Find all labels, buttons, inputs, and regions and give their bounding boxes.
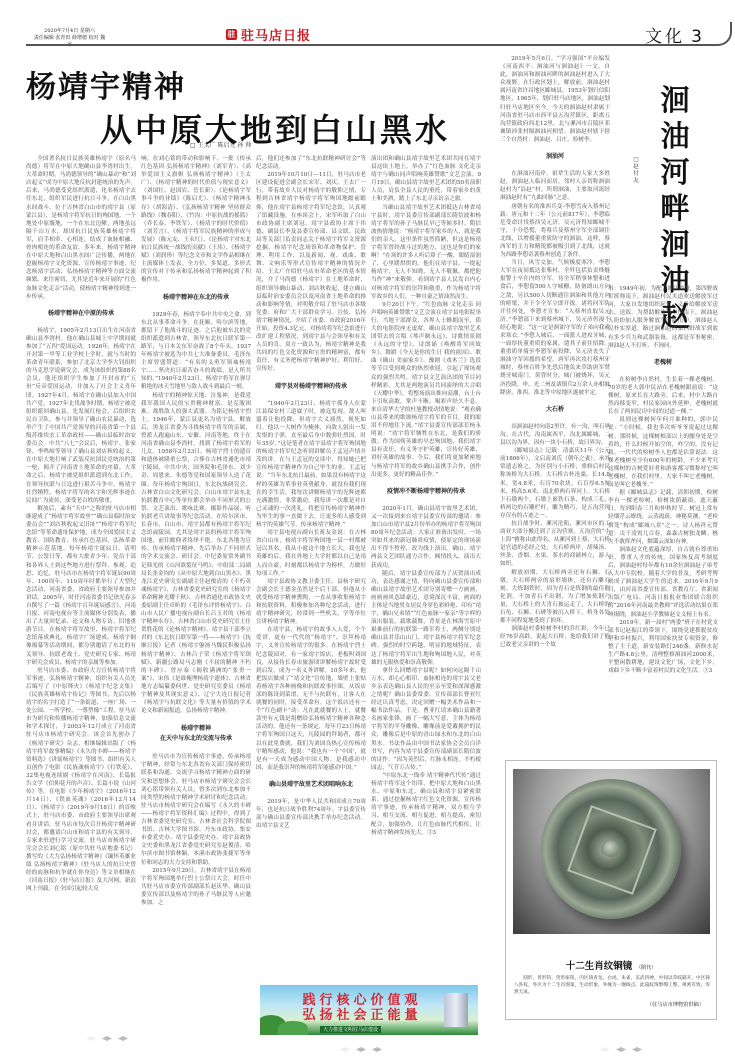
bronze-mirror-photo xyxy=(513,769,710,934)
subheading: 疫情冲不断杨靖宇精神的传承 xyxy=(371,488,481,496)
paragraph: 在洄油河南岸，祖辈生活的人家大多姓赵，洄油赵人临河而居，邻村人亲切称洄油赵村为“… xyxy=(500,170,610,202)
subheading: 杨靖宇精神 在天中与东北的交流与传承 xyxy=(141,724,251,744)
issue-date: 2020年7月4日 星期六 xyxy=(32,28,107,35)
article-column-4: 演出团和确山县靖宇故里艺术团共同在靖宇县这块土地上，举办了“红色血脉 文化走亲 … xyxy=(371,155,481,837)
subheading-line-1: 杨靖宇精神 xyxy=(181,725,211,732)
diamond-ornament-icon xyxy=(340,1047,350,1052)
subheading: 大石桥 xyxy=(500,406,610,414)
public-service-banner: 践行核心价值观 弘扬社会正能量 大力推进文明驻马店建设 xyxy=(260,985,478,1035)
paragraph: 解放初期，大石桥两旁还有石狮、石墩，大石桥两旁的扇形墙体，还有石雕石刻。大炼钢铁… xyxy=(500,569,610,626)
paragraph: 2020年1月，确山县靖宇故里艺术团，又一次接到来自靖宇县委宣传部的邀请：参加白… xyxy=(371,505,481,570)
article-column-3: 后，他们还参加了“东北抗联精神研讨会”等纪念活动。 2019年10月10日—11… xyxy=(256,155,366,830)
diamond-ornament-icon xyxy=(632,1047,642,1052)
paragraph: 事：1949年初，为配合渡江战役，第四野战军挥师南下，洄油赵村民夹道欢送解放军过… xyxy=(608,285,718,350)
paragraph: 演出团和确山县靖宇故里艺术团共同在靖宇县这块土地上，举办了“红色血脉 文化走亲 … xyxy=(371,155,481,204)
paragraph: 2019年5月6日，“学习强国”平台编发《河南西平：洄油河与洄油赵》一文。自此，… xyxy=(500,55,610,144)
banner-slogan-line-2: 弘扬社会正能量 xyxy=(292,1004,432,1023)
diamond-ornament-icon xyxy=(86,1036,96,1041)
paragraph: 随后，靖宇县委宣传部为了庆贺演出成功，表达感谢之情，特向确山县委宣传部和确山县靖… xyxy=(371,570,481,667)
subheading-line-2: 在天中与东北的交流与传承 xyxy=(160,735,232,742)
subheading: 杨靖宇精神在东北的传承 xyxy=(141,294,251,302)
photo-caption: 圆形，兽形钮，兽形座钮，内区铸青龙、白虎、朱雀、玄武四神，中间以草纹隔开，中区铸… xyxy=(514,975,710,996)
paragraph: 全国著名抗日民族英雄杨靖宇（原名马尚德）将军在中原大地确山县李湾村出生。大革命时… xyxy=(26,155,136,301)
banner-subtitle: 大力推进文明驻马店建设 xyxy=(320,1026,381,1033)
paragraph: 2019年10月10日—11日，驻马店市老区建设促进会副会长宋军、刘庆、王太广一… xyxy=(256,171,366,373)
photo-dynasty: （隋代） xyxy=(636,965,656,971)
paragraph: 在检树李自然村，生长着一棵老槐树。70岁的老人郭中民站在老槐树跟前说：“这棵树，… xyxy=(608,376,718,416)
diamond-ornament-icon xyxy=(118,1036,128,1041)
paragraph: 驻马店市委、市政府大力宣传杨靖宇将军事迹，弘扬杨靖宇精神，组织有关人员先后编写了… xyxy=(26,667,136,894)
headline-line-2: 从中原大地到白山黑水 xyxy=(100,105,450,151)
diamond-ornament-icon xyxy=(356,1047,366,1052)
mirror-knob xyxy=(603,841,619,857)
masthead: 2020年7月4日 星期六 责任编辑 张青田 薛增德 校对 魏 冰 驻 驻马店日… xyxy=(0,0,735,52)
article-column-1: 全国著名抗日民族英雄杨靖宇（原名马尚德）将军在中原大地确山县李湾村出生。大革命时… xyxy=(26,155,136,893)
paragraph: 出洄油赵村向南2里许，有一沟，叫石界沟。在古代，沟南属西平，沟北属郾城，二县以沟… xyxy=(500,423,610,447)
photo-feature: 十二生肖纹铜镜（隋代） 圆形，兽形钮，兽形座钮，内区铸青龙、白虎、朱雀、玄武四神… xyxy=(505,760,717,1020)
subheading: 靖宇县对杨靖宇精神的传承 xyxy=(256,383,366,391)
paragraph: 当日，风雪交加，气候极度寒冷。李愬大军在夜间抵达张柴村，全歼包括负责烽燧报警士卒… xyxy=(500,259,610,397)
bronze-mirror-image xyxy=(541,779,681,919)
decorative-diamonds xyxy=(600,1047,642,1052)
diamond-ornament-icon xyxy=(102,1036,112,1041)
side-article-byline: □赵付友 xyxy=(631,157,641,185)
headline-line-1: 杨靖宇精神 xyxy=(26,62,186,106)
newspaper-logo: 驻 驻马店日报 xyxy=(226,26,311,42)
photo-title: 十二生肖纹铜镜（隋代） xyxy=(506,958,716,972)
side-column-2: 事：1949年初，为配合渡江战役，第四野战军挥师南下，洄油赵村民夹道欢送解放军过… xyxy=(608,285,718,755)
paragraph: 2015年9月29日，吉林省靖宇县在杨靖宇将军殉国地举行烈士公祭日大会，时任中共… xyxy=(141,867,251,907)
photo-title-text: 十二生肖纹铜镜 xyxy=(566,961,633,972)
paragraph: “1940年2月23日，杨靖宇孤身人在蒙江县保安村三道崴子时，被寇发现。敌人叫嚣… xyxy=(256,400,366,530)
paragraph: 唐朝有名的淮西兵变-李愬雪夜入蔡州记载：唐元和十二年（公元前817年），李愬临危… xyxy=(500,203,610,260)
decorative-diamonds xyxy=(86,1036,128,1041)
paragraph: 2019年，新一届村“两委”班子在村党支部书记赵振江的带领下，围绕党建抓脱贫攻坚… xyxy=(608,619,718,676)
paragraph: 在靖宇县，杨靖宇的故事人人爱，个个爱讲，更有一代代的“杨靖宇”，崇拜杨靖宇，义务… xyxy=(256,626,366,772)
subheading: 杨靖宇精神在中原的传承 xyxy=(26,310,136,318)
diamond-ornament-icon xyxy=(372,1047,382,1052)
paragraph: “中原东北一线牵 靖宇精神代代传”通过杨靖宇将军这个纽带，把中原大地和白山黑水、… xyxy=(371,772,481,837)
paragraph: 据《郾城县志》记载，清朝初期，检树李有一棵老检树，检树浓荫蔽街，遮天蔽日。每到阳… xyxy=(608,489,718,546)
logo-mark-icon: 驻 xyxy=(226,29,237,40)
paragraph: 靖宇县电视台副台长蒋友金说：在吉林省白山市，杨靖宇将军殉国地一县一村都被冠以其名… xyxy=(256,529,366,578)
diamond-ornament-icon xyxy=(616,1047,626,1052)
subheading: 洄油河 xyxy=(500,153,610,161)
paragraph: 杨靖宇的精神惊天地、泣鬼神，是我党我军我国人民的宝贵精神财富，是克服困难、战胜敌… xyxy=(141,392,251,716)
header-rule xyxy=(26,44,546,46)
tree-graphic xyxy=(278,1021,308,1035)
paragraph: 解放后，素有“天中”之称的驻马店市相继建成了“杨靖宇将军故里”“确山县临时治安委… xyxy=(26,505,136,667)
paragraph: 后，他们还参加了“东北抗联精神研讨会”等纪念活动。 xyxy=(256,155,366,171)
paragraph: 洄油赵文化底蕴深厚，自古就有尊重知识、尊重人才的传统。国家恢复高考制度后，洄油赵… xyxy=(608,546,718,619)
editors-credit: 责任编辑 张青田 薛增德 校对 魏 冰 xyxy=(32,35,107,49)
paragraph: 洄油赵村委检树李村的乔红彩，今年已经76岁高龄，说起大石桥，他给我们讲了他已故老… xyxy=(500,625,610,649)
paragraph: 1929年春，杨靖宇奉中共中央之命，到东北从事革命斗争。在抚顺、哈尔滨等地，都留… xyxy=(141,311,251,392)
paragraph: 拿什么回赠靖宇县呢？如何向远隔千山万水，却心心相印、血脉相连的靖宇县父老乡亲表达… xyxy=(371,667,481,772)
paragraph: 说到这棵树何年何月谁种的，郭中民说：“小时候，我也多次听爷爷说起过这棵树。那时候… xyxy=(608,416,718,489)
paragraph: 响。在刘心铭的带动和影响下，一批《传承红色基因 弘扬杨靖宇精神》（刘军青）、《高… xyxy=(141,155,251,285)
article-column-2: 响。在刘心铭的带动和影响下，一批《传承红色基因 弘扬杨靖宇精神》（刘军青）、《高… xyxy=(141,155,251,907)
side-column-1: 2019年5月6日，“学习强国”平台编发《河南西平：洄油河与洄油赵》一文。自此，… xyxy=(500,55,610,755)
paragraph: 2019年，是中华人民共和国成立70周年，也是抗日战争胜利74周年。宇县委宣传部… xyxy=(256,798,366,830)
building-graphic xyxy=(444,993,468,1027)
subheading: 确山县靖宇故里艺术团唱响东北 xyxy=(256,781,366,789)
diamond-ornament-icon xyxy=(600,1047,610,1052)
paragraph: 抗日战争时，漯河沦陷，漯河市区的工商业大部分搬迁到了五沟营寨，五沟营的“小上海”… xyxy=(500,520,610,569)
photo-credit: （驻马店市博物馆供稿） xyxy=(647,1001,704,1008)
paragraph: 《郾城县志》记载：清嘉庆11年（公元前1806年），文启南刘氏（朝年之妻），承其… xyxy=(500,447,610,520)
paragraph: 杨靖宇，1905年2月13日出生在河南省确山县李湾村。他在确山县城上中学期间就参… xyxy=(26,327,136,505)
article-byline: □ 王太广 陈启尤 孙 帅 xyxy=(190,140,251,149)
decorative-diamonds xyxy=(340,1047,382,1052)
subheading: 老槐树 xyxy=(608,359,718,367)
paragraph: 当确山县靖宇故里艺术团抵达吉林省靖宇县时，靖宇县委宣传部副部长隋信波和杨靖宇将军… xyxy=(371,204,481,301)
paragraph: 9月20日下午，“红色血脉 文化走亲 同声唱响英雄赞歌”文艺会演在靖宇县电影院举… xyxy=(371,301,481,479)
header-curve-rule xyxy=(546,22,732,46)
logo-text: 驻马店日报 xyxy=(241,25,311,44)
paragraph: 靖宇县政协文教卫委主任、县杨宇研究会副会长王德金虽然是个后干部，但他从小就受杨靖… xyxy=(256,578,366,627)
paragraph: 驻马店市为宣传杨靖宇事迹，传承杨靖宇精神，经常与东北各省有关部门保持密切联系和沟… xyxy=(141,753,251,866)
